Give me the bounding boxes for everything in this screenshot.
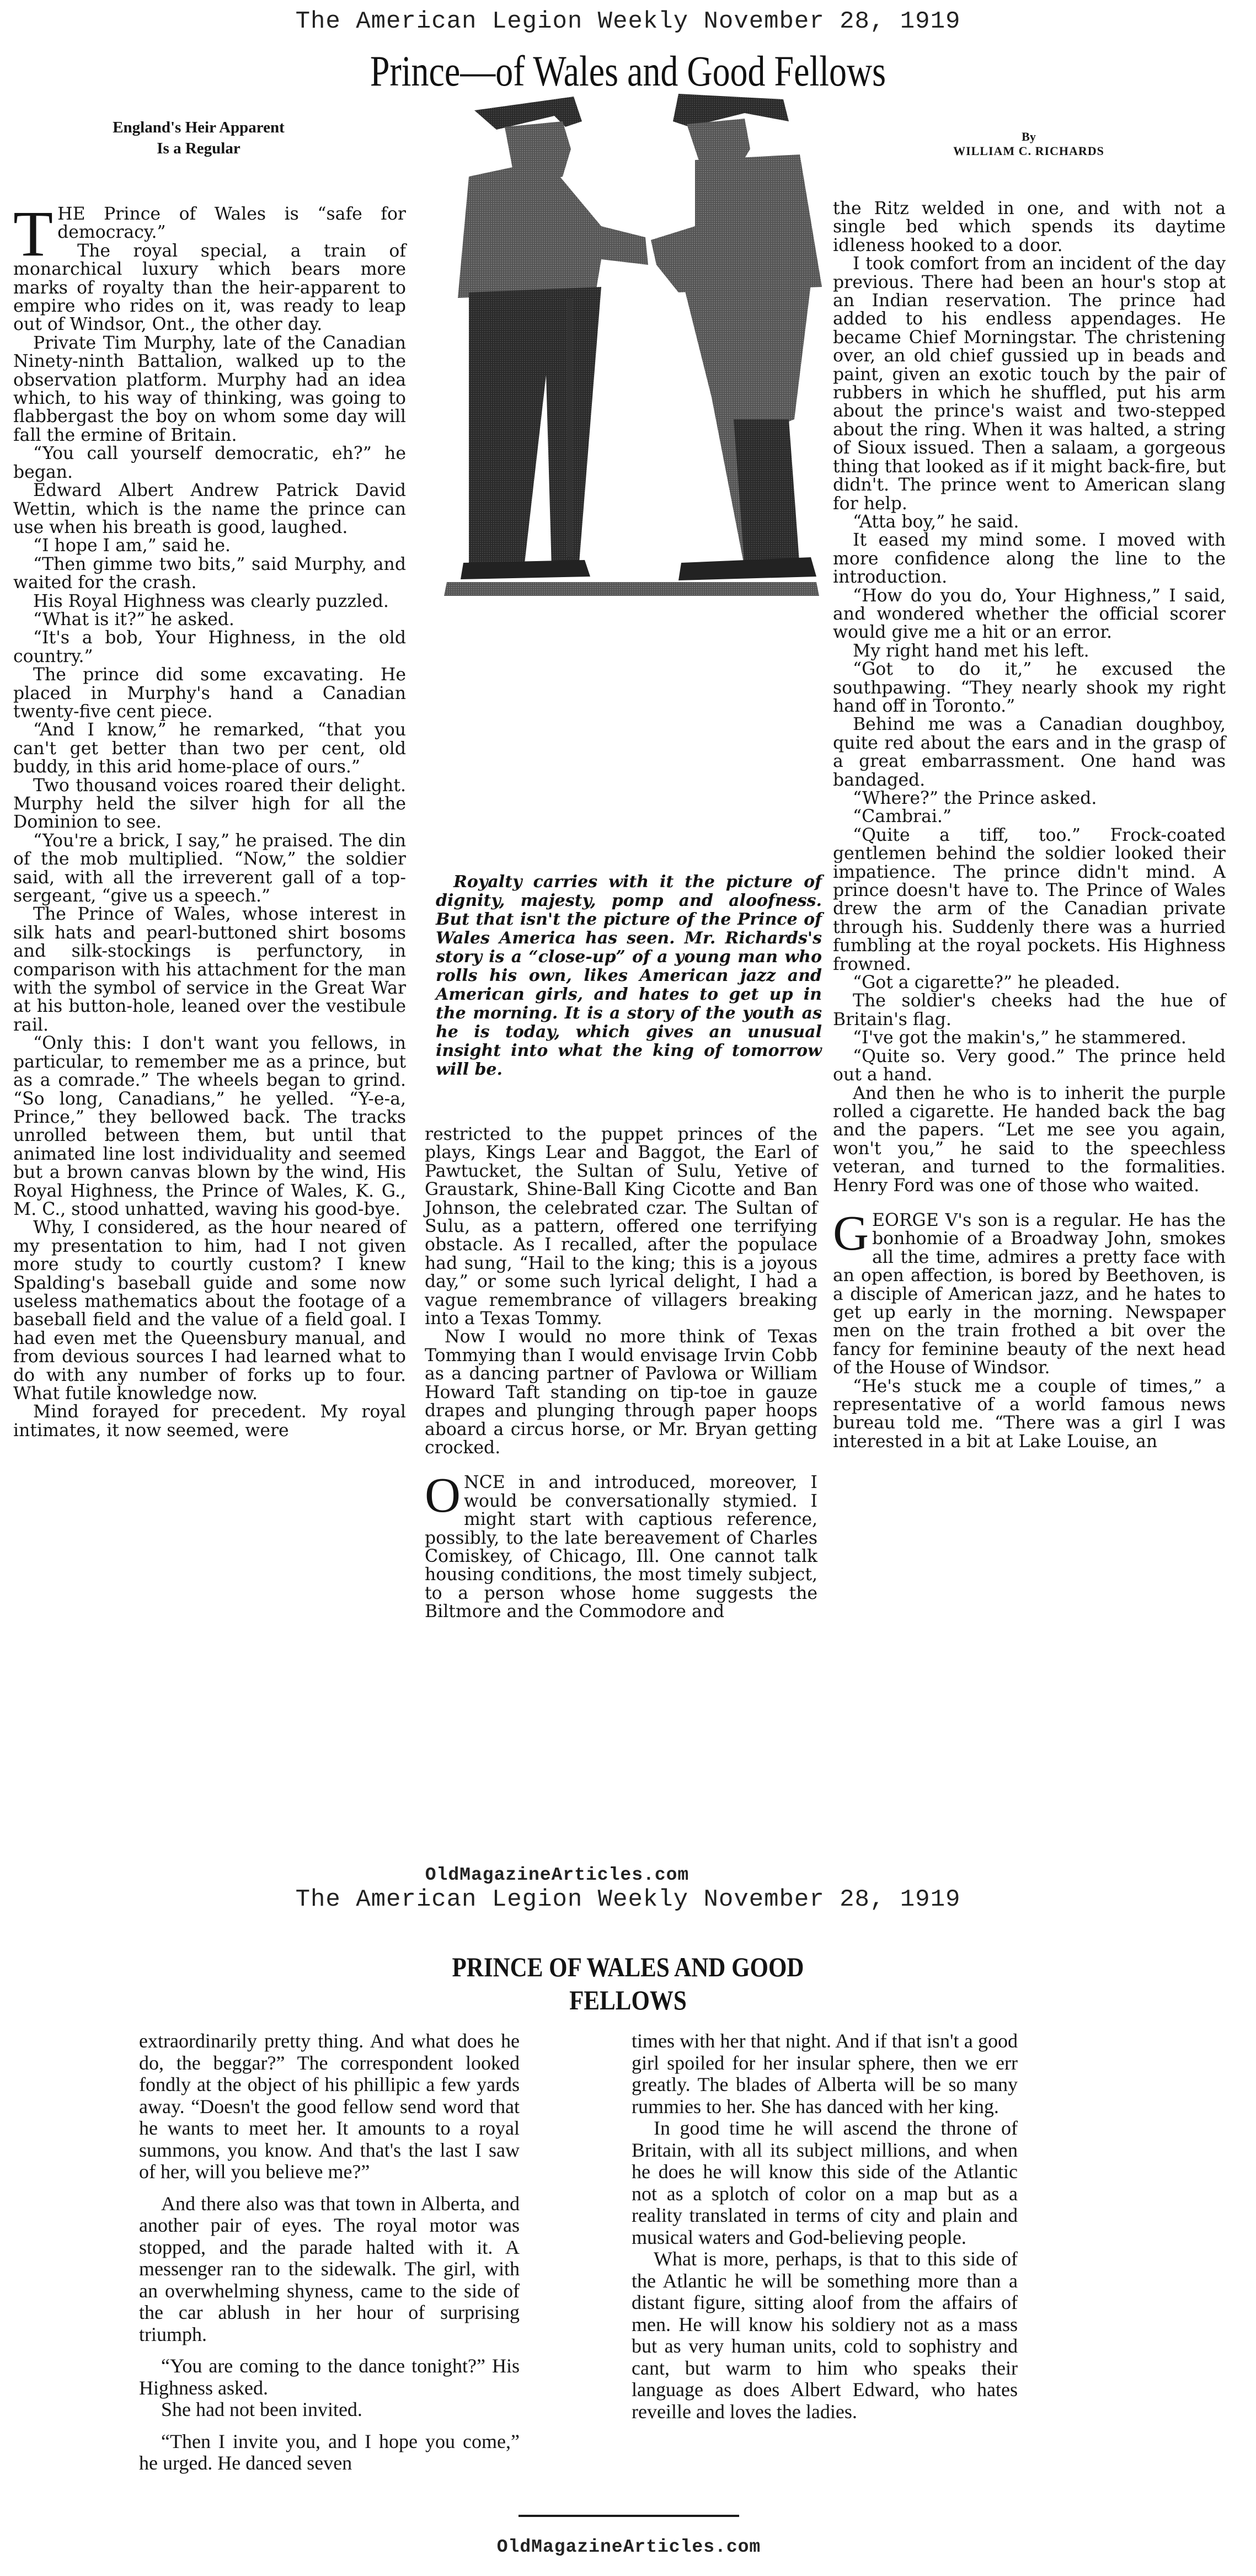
paragraph: It eased my mind some. I moved with more… <box>833 531 1226 586</box>
paragraph: the Ritz welded in one, and with not a s… <box>833 200 1226 255</box>
page1-middle-column: restricted to the puppet princes of the … <box>425 1126 817 1622</box>
paragraph: The prince did some excavating. He place… <box>13 666 406 721</box>
handshake-photo <box>436 88 827 861</box>
paragraph: Now I would no more think of Texas Tommy… <box>425 1328 817 1457</box>
paragraph: “How do you do, Your Highness,” I said, … <box>833 587 1226 642</box>
paragraph: “You call yourself democratic, eh?” he b… <box>13 445 406 482</box>
paragraph: EORGE V's son is a regular. He has the b… <box>833 1210 1226 1378</box>
dropcap-t: T <box>13 207 53 260</box>
dropcap-g: G <box>833 1214 869 1254</box>
photo-caption: Royalty carries with it the picture of d… <box>436 873 822 1079</box>
paragraph: “He's stuck me a couple of times,” a rep… <box>833 1378 1226 1452</box>
paragraph: “And I know,” he remarked, “that you can… <box>13 721 406 776</box>
page2-left-column: extraordinarily pretty thing. And what d… <box>139 2030 520 2474</box>
page2-right-column: times with her that night. And if that i… <box>632 2030 1018 2423</box>
paragraph: “It's a bob, Your Highness, in the old c… <box>13 629 406 666</box>
dropcap-o: O <box>425 1476 461 1516</box>
paragraph: times with her that night. And if that i… <box>632 2030 1018 2118</box>
caption-text: Royalty carries with it the picture of d… <box>436 873 822 1079</box>
paragraph: The royal special, a train of monarchica… <box>13 242 406 334</box>
kicker-line-1: England's Heir Apparent <box>77 117 320 138</box>
paragraph: HE Prince of Wales is “safe for democrac… <box>57 204 406 242</box>
paragraph: “I hope I am,” said he. <box>13 537 406 555</box>
paragraph: The soldier's cheeks had the hue of Brit… <box>833 992 1226 1029</box>
paragraph: Private Tim Murphy, late of the Canadian… <box>13 334 406 445</box>
paragraph: restricted to the puppet princes of the … <box>425 1126 817 1328</box>
paragraph: Two thousand voices roared their delight… <box>13 777 406 832</box>
paragraph: “Where?” the Prince asked. <box>833 790 1226 808</box>
paragraph: “Quite so. Very good.” The prince held o… <box>833 1048 1226 1085</box>
paragraph: She had not been invited. <box>139 2399 520 2421</box>
paragraph: In good time he will ascend the throne o… <box>632 2118 1018 2248</box>
paragraph: NCE in and introduced, moreover, I would… <box>425 1473 817 1622</box>
page2-title: PRINCE OF WALES AND GOOD FELLOWS <box>88 1950 1168 2017</box>
paragraph: “You're a brick, I say,” he praised. The… <box>13 832 406 906</box>
byline: By WILLIAM C. RICHARDS <box>932 130 1125 158</box>
page2-dateline: The American Legion Weekly November 28, … <box>0 1886 1256 1913</box>
paragraph: “Then gimme two bits,” said Murphy, and … <box>13 556 406 593</box>
page1-dateline: The American Legion Weekly November 28, … <box>0 8 1256 35</box>
page1-watermark: OldMagazineArticles.com <box>419 1865 695 1885</box>
paragraph: “Cambrai.” <box>833 808 1226 826</box>
paragraph: extraordinarily pretty thing. And what d… <box>139 2030 520 2183</box>
page2-title-line-1: PRINCE OF WALES AND GOOD <box>88 1950 1168 1983</box>
paragraph: His Royal Highness was clearly puzzled. <box>13 593 406 611</box>
paragraph: And there also was that town in Alberta,… <box>139 2193 520 2346</box>
paragraph: “Got to do it,” he excused the southpawi… <box>833 660 1226 716</box>
paragraph: “I've got the makin's,” he stammered. <box>833 1029 1226 1047</box>
byline-by: By <box>932 130 1125 144</box>
paragraph: Behind me was a Canadian doughboy, quite… <box>833 716 1226 790</box>
paragraph: “Got a cigarette?” he pleaded. <box>833 974 1226 992</box>
paragraph: I took comfort from an incident of the d… <box>833 255 1226 513</box>
handshake-illustration-icon <box>436 88 827 861</box>
paragraph: My right hand met his left. <box>833 642 1226 660</box>
paragraph: “You are coming to the dance tonight?” H… <box>139 2355 520 2399</box>
paragraph: Why, I considered, as the hour neared of… <box>13 1219 406 1403</box>
paragraph: “Quite a tiff, too.” Frock-coated gentle… <box>833 826 1226 974</box>
footer-rule <box>519 2515 739 2517</box>
paragraph: What is more, perhaps, is that to this s… <box>632 2248 1018 2423</box>
byline-author: WILLIAM C. RICHARDS <box>932 144 1125 158</box>
paragraph: Edward Albert Andrew Patrick David Wetti… <box>13 482 406 537</box>
paragraph: “Then I invite you, and I hope you come,… <box>139 2431 520 2474</box>
paragraph: “Atta boy,” he said. <box>833 513 1226 531</box>
paragraph: “What is it?” he asked. <box>13 611 406 629</box>
paragraph: Mind forayed for precedent. My royal int… <box>13 1403 406 1440</box>
paragraph: “Only this: I don't want you fellows, in… <box>13 1034 406 1219</box>
page2-watermark: OldMagazineArticles.com <box>491 2537 767 2557</box>
page2-title-line-2: FELLOWS <box>88 1983 1168 2017</box>
page1-right-column: the Ritz welded in one, and with not a s… <box>833 200 1226 1451</box>
page1-left-column: THE Prince of Wales is “safe for democra… <box>13 205 406 1440</box>
paragraph: And then he who is to inherit the purple… <box>833 1085 1226 1195</box>
kicker: England's Heir Apparent Is a Regular <box>77 117 320 159</box>
paragraph: The Prince of Wales, whose interest in s… <box>13 905 406 1034</box>
kicker-line-2: Is a Regular <box>77 138 320 159</box>
